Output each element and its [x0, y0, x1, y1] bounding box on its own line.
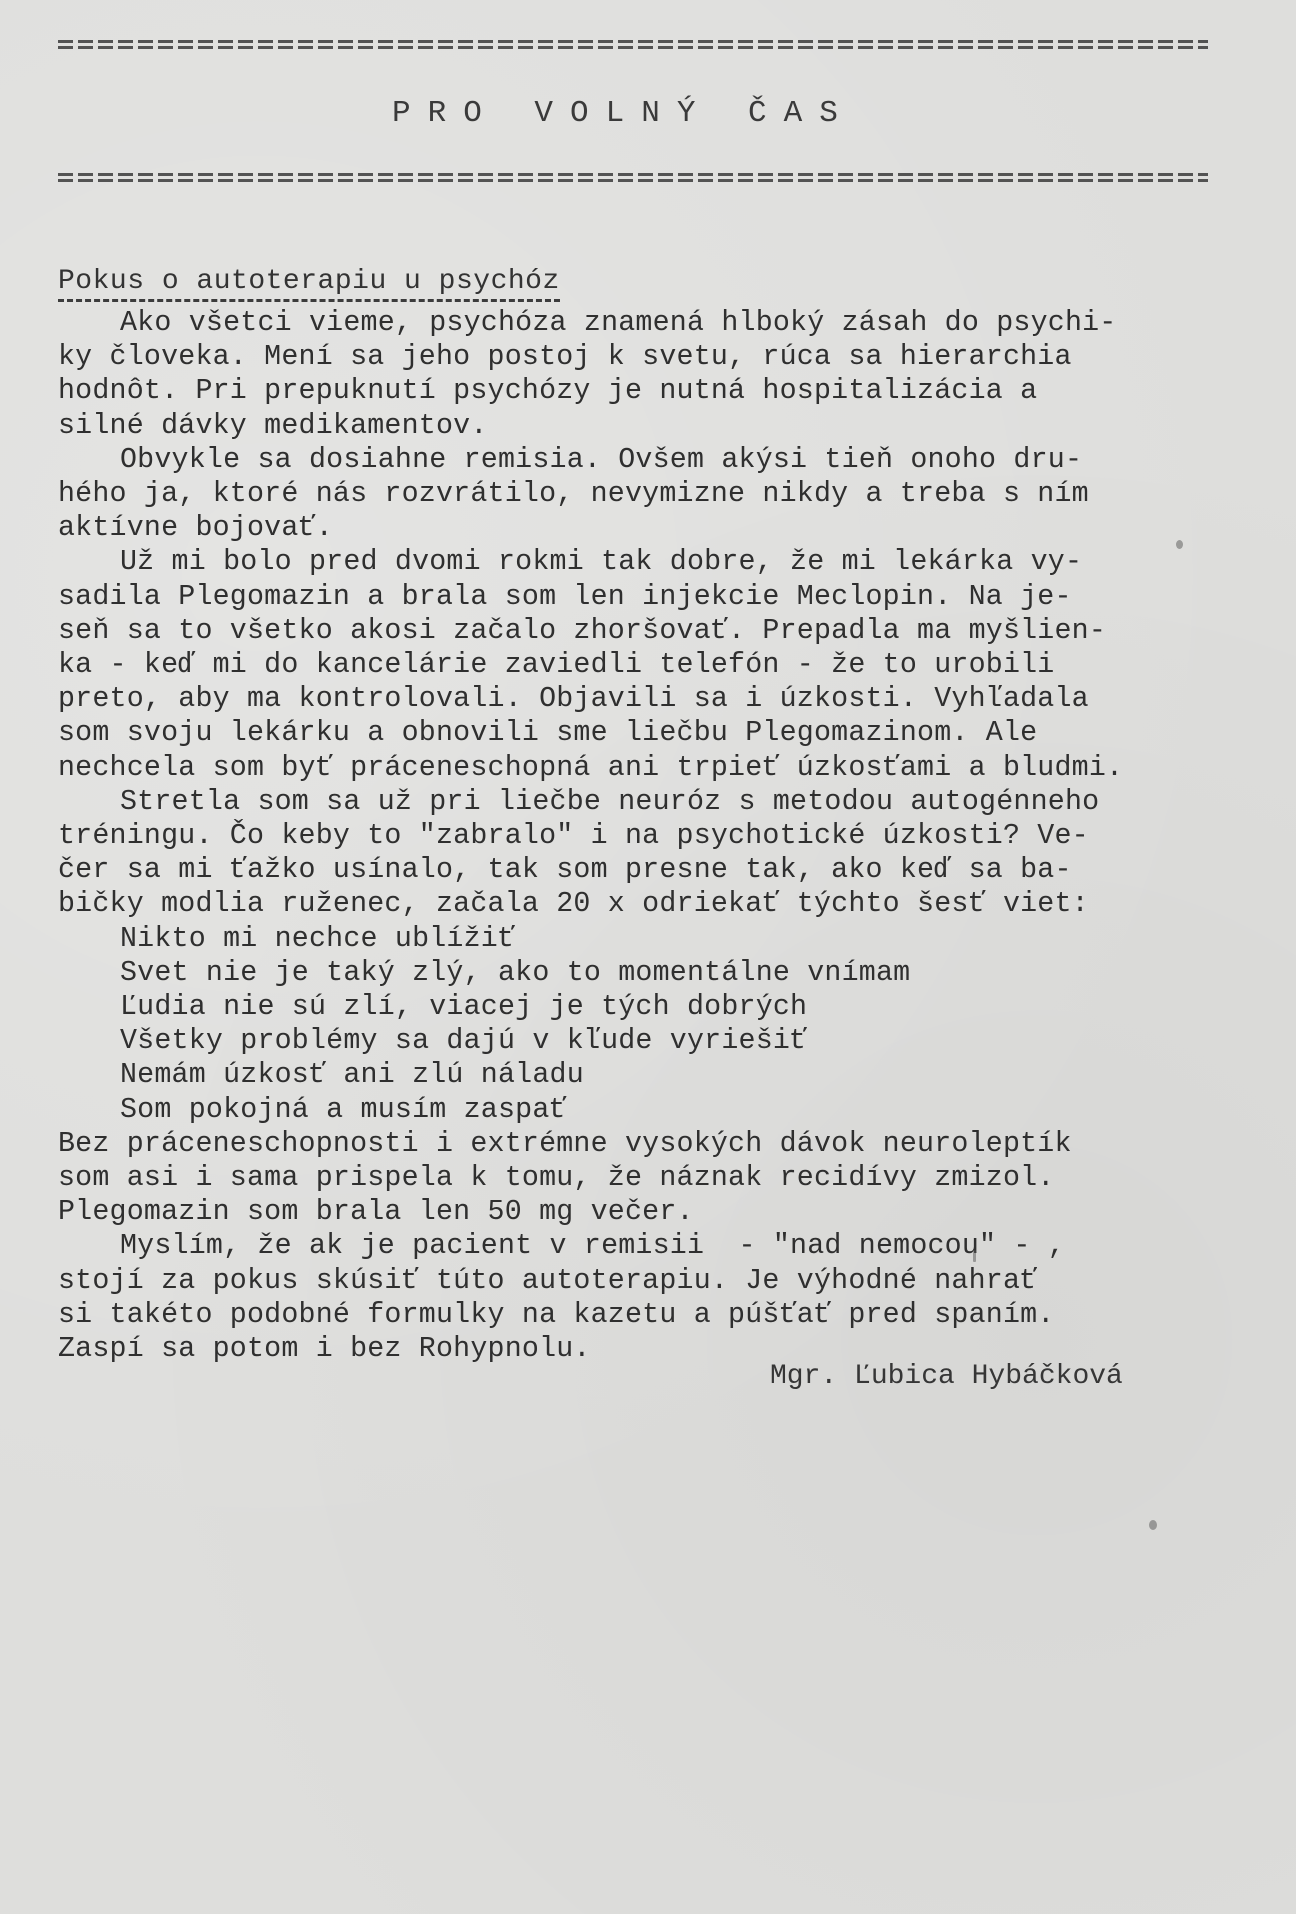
- paragraph-line: stojí za pokus skúsiť túto autoterapiu. …: [58, 1264, 1278, 1298]
- paragraph-line: aktívne bojovať.: [58, 511, 1278, 545]
- paragraph-line: seň sa to všetko akosi začalo zhoršovať.…: [58, 614, 1278, 648]
- paragraph-line: bičky modlia ruženec, začala 20 x odriek…: [58, 887, 1278, 921]
- paragraph-line: Plegomazin som brala len 50 mg večer.: [58, 1195, 1278, 1229]
- affirmation-line: Nikto mi nechce ublížiť: [58, 922, 1278, 956]
- top-double-dashed-rule: [58, 40, 1208, 50]
- paragraph-line: Bez práceneschopnosti i extrémne vysokýc…: [58, 1127, 1278, 1161]
- paragraph-line: som svoju lekárku a obnovili sme liečbu …: [58, 716, 1278, 750]
- paragraph-line: nechcela som byť práceneschopná ani trpi…: [58, 751, 1278, 785]
- bottom-double-dashed-rule: [58, 173, 1208, 183]
- author-signature: Mgr. Ľubica Hybáčková: [770, 1361, 1123, 1392]
- article-heading: Pokus o autoterapiu u psychóz: [58, 266, 560, 302]
- typewritten-page: PRO VOLNÝ ČAS Pokus o autoterapiu u psyc…: [0, 0, 1296, 1914]
- paragraph-line: sadila Plegomazin a brala som len injekc…: [58, 580, 1278, 614]
- paragraph-line: som asi i sama prispela k tomu, že názna…: [58, 1161, 1278, 1195]
- paper-speck: [973, 1250, 976, 1262]
- paragraph-line: si takéto podobné formulky na kazetu a p…: [58, 1298, 1278, 1332]
- paragraph-line: Už mi bolo pred dvomi rokmi tak dobre, ž…: [58, 545, 1278, 579]
- affirmation-line: Nemám úzkosť ani zlú náladu: [58, 1058, 1278, 1092]
- article: Pokus o autoterapiu u psychóz Ako všetci…: [58, 266, 1278, 1366]
- paragraph-line: preto, aby ma kontrolovali. Objavili sa …: [58, 682, 1278, 716]
- affirmation-line: Ľudia nie sú zlí, viacej je tých dobrých: [58, 990, 1278, 1024]
- paragraph-line: tréningu. Čo keby to "zabralo" i na psyc…: [58, 819, 1278, 853]
- affirmation-line: Všetky problémy sa dajú v kľude vyriešiť: [58, 1024, 1278, 1058]
- paragraph-line: ka - keď mi do kancelárie zaviedli telef…: [58, 648, 1278, 682]
- paragraph-line: silné dávky medikamentov.: [58, 409, 1278, 443]
- affirmation-line: Som pokojná a musím zaspať: [58, 1093, 1278, 1127]
- paragraph-line: Myslím, že ak je pacient v remisii - "na…: [58, 1229, 1278, 1263]
- paragraph-line: čer sa mi ťažko usínalo, tak som presne …: [58, 853, 1278, 887]
- paragraph-line: hodnôt. Pri prepuknutí psychózy je nutná…: [58, 374, 1278, 408]
- paper-speck: [1149, 1520, 1157, 1530]
- paragraph-line: Obvykle sa dosiahne remisia. Ovšem akýsi…: [58, 443, 1278, 477]
- affirmation-line: Svet nie je taký zlý, ako to momentálne …: [58, 956, 1278, 990]
- paragraph-line: Stretla som sa už pri liečbe neuróz s me…: [58, 785, 1278, 819]
- paragraph-line: Ako všetci vieme, psychóza znamená hlbok…: [58, 306, 1278, 340]
- section-title: PRO VOLNÝ ČAS: [392, 96, 855, 131]
- paragraph-line: ky človeka. Mení sa jeho postoj k svetu,…: [58, 340, 1278, 374]
- paper-speck: [1176, 540, 1183, 549]
- paragraph-line: hého ja, ktoré nás rozvrátilo, nevymizne…: [58, 477, 1278, 511]
